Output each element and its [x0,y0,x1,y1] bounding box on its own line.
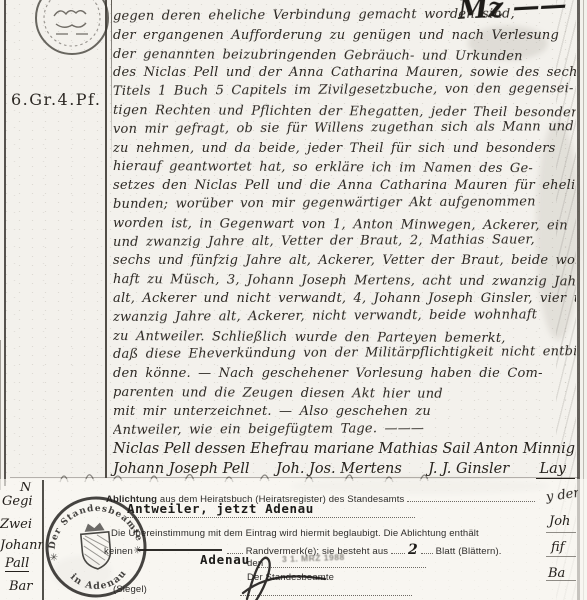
manuscript-line: und zwanzig Jahre alt, Vetter der Braut,… [113,231,576,253]
page-edge-shadow [0,340,1,490]
handwriting-fragment: Zwei [0,517,32,532]
signature: dessen Ehefrau mariane [195,441,374,457]
handwriting-fragment: fif [551,540,564,555]
manuscript-line: bunden; worüber von mir gegenwärtiger Ak… [113,193,576,215]
manuscript-text: gegen deren eheliche Verbindung gemacht … [113,8,576,440]
manuscript-line: zwanzig Jahre alt, Ackerer, nicht verwan… [113,306,576,328]
handwriting-fragment: Johann [0,538,43,553]
bleedthrough-line [546,556,576,557]
registry-office-field: Antweiler, jetzt Adenau [127,501,415,518]
manuscript-line: daß diese Eheverkündung von der Militärp… [113,344,576,366]
fee-note: 6.Gr.4.Pf. [11,90,102,109]
document-scan-page: 6.Gr.4.Pf. Mz —— gegen deren eheliche Ve… [0,0,587,600]
stamp-top-text: Der Standesbeamte [44,500,144,551]
margin-rule [105,0,107,478]
manuscript-line: den könne. — Nach geschehener Vorlesung … [113,365,576,384]
page-edge-line [4,0,6,486]
manuscript-line: der ergangenen Aufforderung zu genügen u… [113,27,576,46]
handwriting-fragment: Gegi [2,494,33,509]
handwriting-fragment: Bar [9,579,33,594]
bleedthrough-fragments: y der Joh fif Ba [544,482,578,600]
signature: Lay [536,461,575,479]
certification-section: Ablichtung aus dem Heiratsbuch (Heiratsr… [0,479,587,600]
left-edge-fragments: N Gegi Zwei Johann Pall Bar [0,482,43,600]
dotted-line [407,493,535,502]
manuscript-line: zu nehmen, und da beide, jeder Theil für… [113,140,576,159]
signature: Niclas Pell [113,441,191,457]
registry-seal-icon [30,0,114,62]
bleedthrough-line [546,580,576,581]
signature-row: Niclas Pell dessen Ehefrau mariane Mathi… [113,441,575,457]
stamp-star-icon: ✳ [49,552,58,564]
dotted-line [421,545,433,554]
signature: Anton Minnig [475,441,575,457]
official-signature [233,549,343,600]
standesamt-stamp-icon: Der Standesbeamte in Adenau ✳ ✳ [40,491,152,600]
dotted-line [391,545,405,554]
handwriting-fragment: y der [545,486,578,506]
handwriting-fragment: Joh [549,514,570,529]
handwriting-fragment: Pall [5,556,29,572]
remark-end: Blatt (Blättern). [436,546,502,557]
svg-text:Der Standesbeamte: Der Standesbeamte [44,500,144,551]
manuscript-line: gegen deren eheliche Verbindung gemacht … [113,8,576,27]
attestation-text: Die Übereinstimmung mit dem Eintrag wird… [111,528,479,539]
manuscript-line: sechs und fünfzig Jahre alt, Ackerer, Ve… [113,252,576,271]
handwriting-fragment: Ba [548,566,565,581]
bleedthrough-line [546,532,576,533]
manuscript-line: von mir gefragt, ob sie für Willens zuge… [113,118,576,140]
manuscript-line: Titels 1 Buch 5 Capitels im Zivilgesetzb… [113,80,576,102]
stamp-crown-icon [84,522,105,532]
stamp-shield-icon [81,532,112,570]
signature: Mathias Sail [378,441,470,457]
stamp-star-icon: ✳ [133,545,142,557]
manuscript-line: Antweiler, wie ein beigefügtem Tage. ——— [113,419,576,440]
